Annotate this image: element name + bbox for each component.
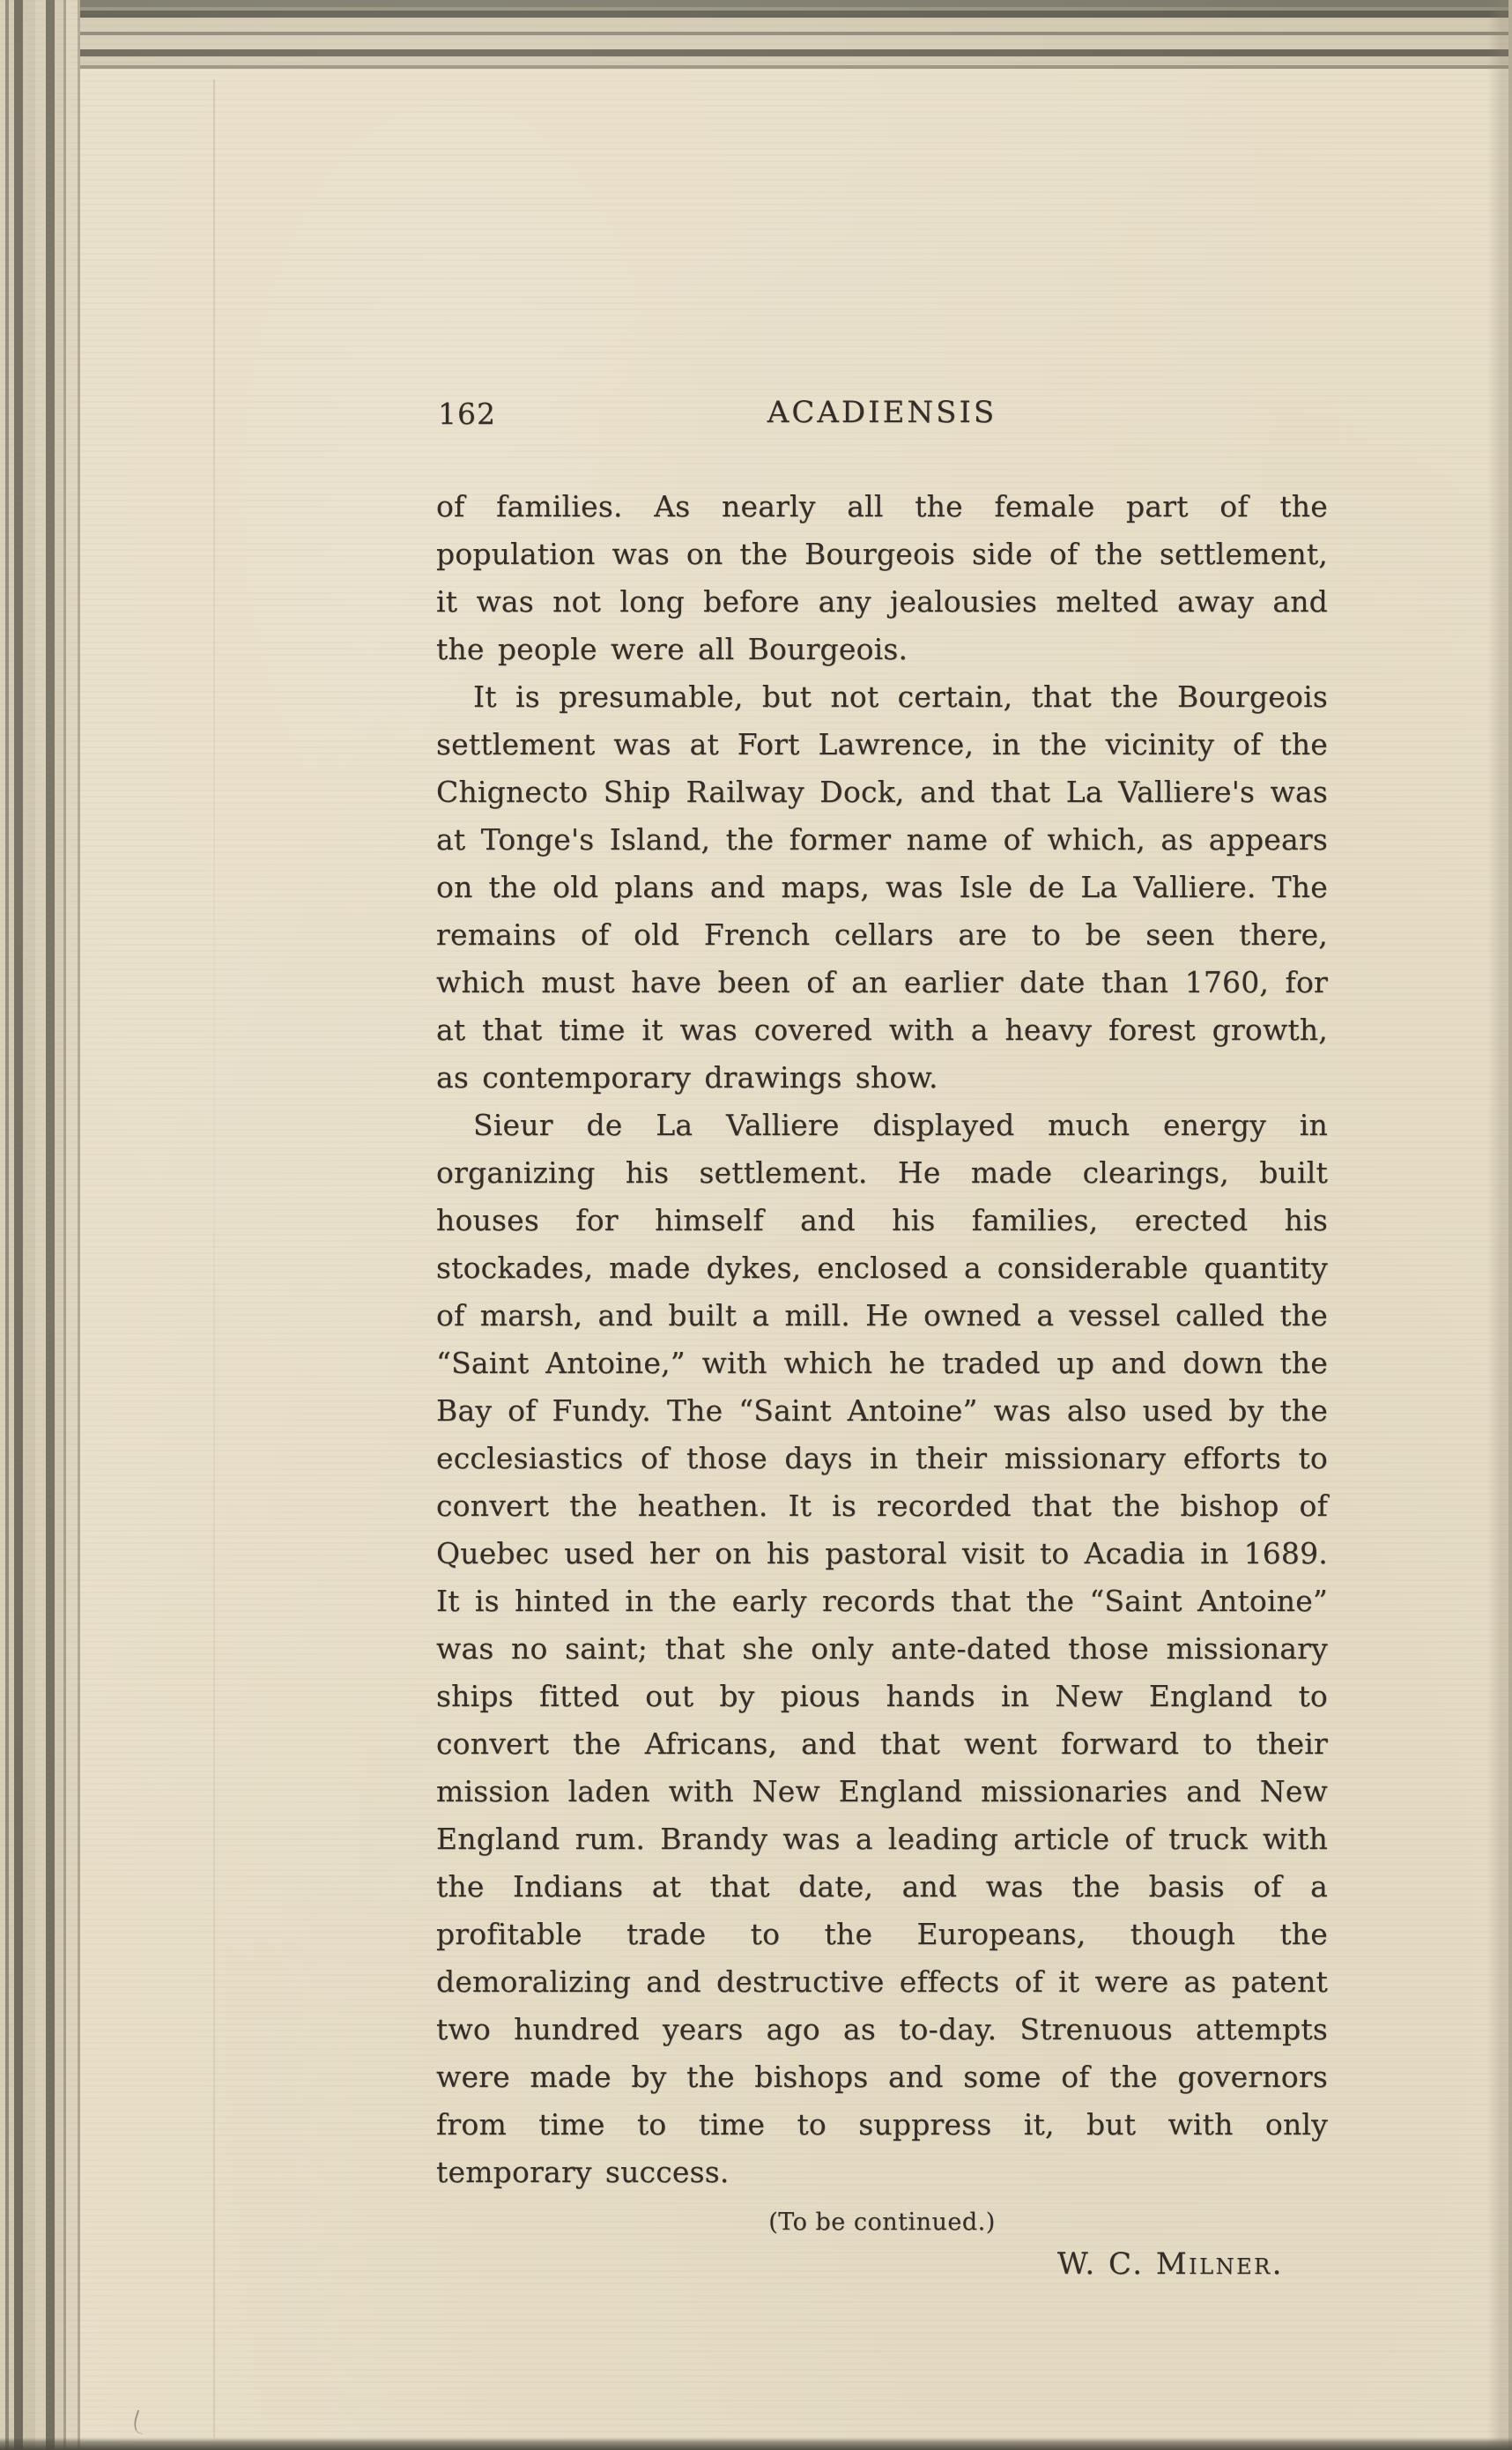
stray-pen-mark <box>130 2409 149 2434</box>
paragraph-continuation: of families. As nearly all the female pa… <box>436 483 1328 673</box>
continuation-note: (To be continued.) <box>436 2209 1328 2236</box>
page-right-shadow <box>1487 0 1512 2450</box>
running-header: 162 ACADIENSIS <box>436 395 1328 435</box>
page-content: 162 ACADIENSIS of families. As nearly al… <box>436 395 1328 2282</box>
page-bottom-shadow <box>0 2438 1512 2450</box>
book-left-page-edges <box>0 0 85 2450</box>
gutter-crease <box>213 79 215 2438</box>
author-signature: W. C. Milner. <box>436 2246 1328 2282</box>
book-top-page-edges <box>0 0 1512 78</box>
paragraph-la-valliere: Sieur de La Valliere displayed much ener… <box>436 1102 1328 2196</box>
scanned-book-page: 162 ACADIENSIS of families. As nearly al… <box>0 0 1512 2450</box>
page-number: 162 <box>438 397 496 431</box>
article-body: of families. As nearly all the female pa… <box>436 483 1328 2196</box>
journal-title: ACADIENSIS <box>436 395 1328 430</box>
paragraph-bourgeois-settlement: It is presumable, but not certain, that … <box>436 673 1328 1102</box>
